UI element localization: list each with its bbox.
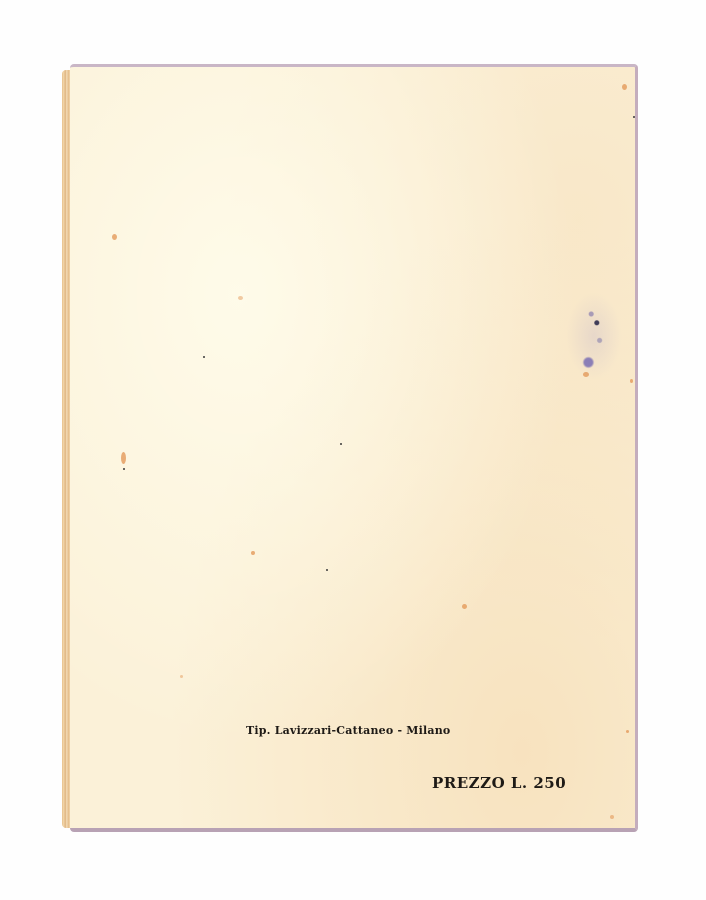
foxing-spot [622, 84, 627, 90]
foxing-spot [180, 675, 183, 678]
foxing-spot [251, 551, 255, 555]
ink-speck [633, 116, 635, 118]
ink-speck [203, 356, 205, 358]
foxing-spot [238, 296, 243, 300]
faded-ink-stamp [566, 292, 622, 380]
printer-imprint: Tip. Lavizzari-Cattaneo - Milano [246, 724, 450, 737]
foxing-spot [630, 379, 633, 383]
foxing-spot [462, 604, 467, 609]
booklet-back-cover [70, 64, 638, 832]
price-label: PREZZO L. 250 [432, 774, 566, 792]
photo-scene: Tip. Lavizzari-Cattaneo - Milano PREZZO … [0, 0, 706, 900]
foxing-spot [610, 815, 614, 819]
ink-speck [340, 443, 342, 445]
ink-speck [123, 468, 125, 470]
foxing-spot [121, 452, 126, 464]
foxing-spot [112, 234, 117, 240]
ink-speck [326, 569, 328, 571]
foxing-spot [626, 730, 629, 733]
